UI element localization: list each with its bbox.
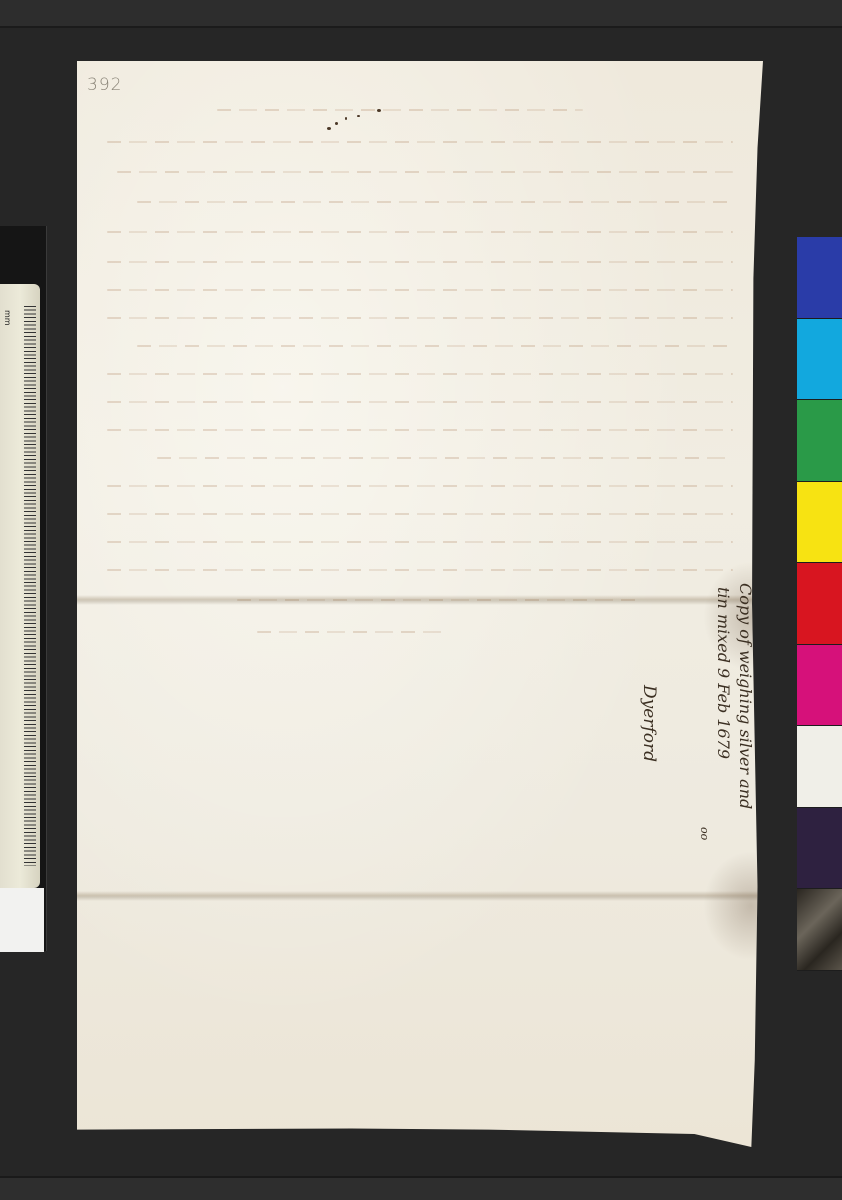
ruler-number: 12: [0, 722, 2, 736]
endorsement-line-3: oo: [698, 827, 711, 840]
ruler-number: 9: [0, 614, 2, 621]
endorsement-line-1: Copy of weighing silver and: [736, 583, 755, 809]
ruler-number: 3: [0, 398, 2, 405]
signature: Dyerford: [639, 685, 659, 762]
ruler-unit-label: mm: [3, 310, 12, 326]
ruler-number: 8: [0, 578, 2, 585]
fold-line-lower: [77, 891, 763, 901]
ink-speck: [345, 117, 347, 120]
scale-ruler: mm 1 2 3 4 5 6 7 8 9 10 11 12 13 14 15: [0, 284, 40, 888]
ruler-number: 15: [0, 830, 2, 844]
swatch-blue: [797, 237, 842, 319]
ruler-white-card: [0, 888, 44, 952]
ruler-ticks: [24, 306, 36, 866]
ink-speck: [335, 122, 338, 125]
ruler-number: 11: [0, 686, 2, 700]
ink-speck: [327, 127, 331, 130]
ruler-number: 4: [0, 434, 2, 441]
swatch-red: [797, 563, 842, 645]
bottom-mounting-board: [0, 1176, 842, 1200]
swatch-yellow: [797, 482, 842, 564]
color-calibration-chart: [797, 237, 842, 972]
manuscript-page: 392 Copy of weighing silver and tin mixe…: [77, 61, 763, 1147]
ruler-number: 13: [0, 758, 2, 772]
ruler-number: 6: [0, 506, 2, 513]
ruler-number: 5: [0, 470, 2, 477]
ink-speck: [377, 109, 381, 112]
fold-stain: [703, 561, 763, 671]
ruler-number: 10: [0, 650, 2, 664]
swatch-magenta: [797, 645, 842, 727]
folio-number: 392: [87, 75, 122, 95]
ruler-number: 14: [0, 794, 2, 808]
endorsement-line-2: tin mixed 9 Feb 1679: [714, 587, 733, 759]
ruler-number: 7: [0, 542, 2, 549]
swatch-black: [797, 889, 842, 971]
ruler-number: 2: [0, 362, 2, 369]
swatch-purple: [797, 808, 842, 890]
fold-stain: [703, 851, 763, 961]
swatch-white: [797, 726, 842, 808]
top-mounting-board: [0, 0, 842, 28]
swatch-green: [797, 400, 842, 482]
ruler-number: 1: [0, 326, 2, 333]
ink-speck: [357, 115, 360, 117]
swatch-cyan: [797, 319, 842, 401]
fold-line-upper: [77, 595, 763, 605]
